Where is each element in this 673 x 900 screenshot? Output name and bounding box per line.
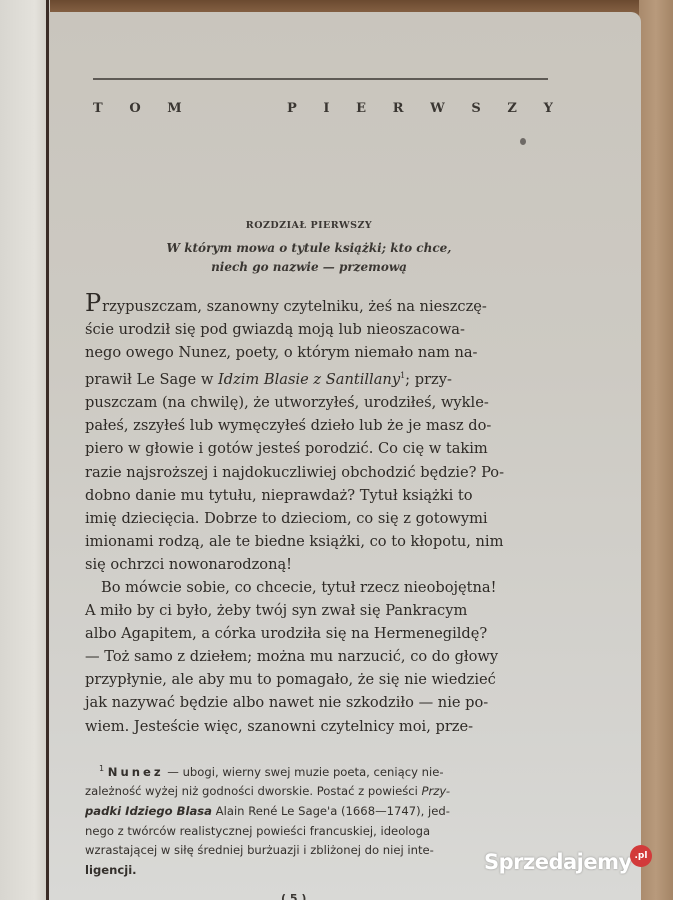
text-line: imionami rodzą, ale te biedne książki, c…: [85, 530, 580, 553]
text-line: A miło by ci było, żeby twój syn zwał si…: [85, 599, 580, 622]
chapter-subtitle-line: niech go nazwie — przemową: [129, 258, 489, 277]
title-letter: W: [430, 101, 445, 116]
footnote-name: Nunez: [108, 765, 164, 779]
text-line: przypłynie, ale aby mu to pomagało, że s…: [85, 668, 580, 691]
book-page: T O M P I E R W S Z Y ROZDZIAŁ PIERWSZY …: [49, 12, 641, 900]
footnote-line: nego z twórców realistycznej powieści fr…: [85, 822, 580, 842]
text-line: puszczam (na chwilę), że utworzyłeś, uro…: [85, 391, 580, 414]
text-line: Bo mówcie sobie, co chcecie, tytuł rzecz…: [85, 576, 580, 599]
text-line: jak nazywać będzie albo nawet nie szkodz…: [85, 691, 580, 714]
text-line: dobno danie mu tytułu, nieprawdaż? Tytuł…: [85, 484, 580, 507]
text-line: nego owego Nunez, poety, o którym niemał…: [85, 341, 580, 364]
running-title: T O M P I E R W S Z Y: [93, 101, 553, 116]
title-letter: O: [129, 101, 140, 116]
title-letter: P: [287, 101, 297, 116]
footnote-line: zależność wyżej niż godności dworskie. P…: [85, 782, 580, 802]
page-number: ( 5 ): [281, 892, 306, 900]
drop-cap: P: [85, 289, 101, 317]
text-line: razie najsroższej i najdokuczliwiej obch…: [85, 461, 580, 484]
text-line: imię dziecięcia. Dobrze to dzieciom, co …: [85, 507, 580, 530]
text-line: albo Agapitem, a córka urodziła się na H…: [85, 622, 580, 645]
chapter-subtitle-line: W którym mowa o tytule książki; kto chce…: [129, 239, 489, 258]
title-letter: M: [167, 101, 181, 116]
body-text: Przypuszczam, szanowny czytelniku, żeś n…: [85, 294, 580, 738]
footnote-line: padki Idziego Blasa Alain René Le Sage'a…: [85, 802, 580, 822]
chapter-subtitle: W którym mowa o tytule książki; kto chce…: [129, 239, 489, 277]
text-line: piero w głowie i gotów jesteś porodzić. …: [85, 437, 580, 460]
title-letter: I: [323, 101, 329, 116]
text-line: prawił Le Sage w Idzim Blasie z Santilla…: [85, 364, 580, 391]
footnote-line: 1 Nunez — ubogi, wierny swej muzie poeta…: [85, 759, 580, 782]
watermark-badge: .pl: [630, 845, 652, 867]
title-letter: Y: [544, 101, 553, 116]
watermark-logo: Sprzedajemy: [484, 850, 632, 874]
text-line: pałeś, zszyłeś lub wymęczyłeś dzieło lub…: [85, 414, 580, 437]
title-letter: R: [393, 101, 404, 116]
book-title-italic: Idzim Blasie z Santillany: [218, 371, 400, 388]
chapter-label: ROZDZIAŁ PIERWSZY: [129, 220, 489, 231]
text-line: ście urodził się pod gwiazdą moją lub ni…: [85, 318, 580, 341]
title-letter: S: [471, 101, 480, 116]
title-letter: T: [93, 101, 103, 116]
text-line: Przypuszczam, szanowny czytelniku, żeś n…: [85, 294, 580, 318]
ink-spot: [520, 138, 526, 145]
text-line: się ochrzci nowonarodzoną!: [85, 553, 580, 576]
text-line: — Toż samo z dziełem; można mu narzucić,…: [85, 645, 580, 668]
wooden-table-right: [639, 0, 673, 900]
left-page-edge: [0, 0, 50, 900]
title-letter: Z: [507, 101, 517, 116]
text-line: wiem. Jesteście więc, szanowni czytelnic…: [85, 715, 580, 738]
title-letter: E: [356, 101, 366, 116]
header-rule: [93, 78, 548, 80]
